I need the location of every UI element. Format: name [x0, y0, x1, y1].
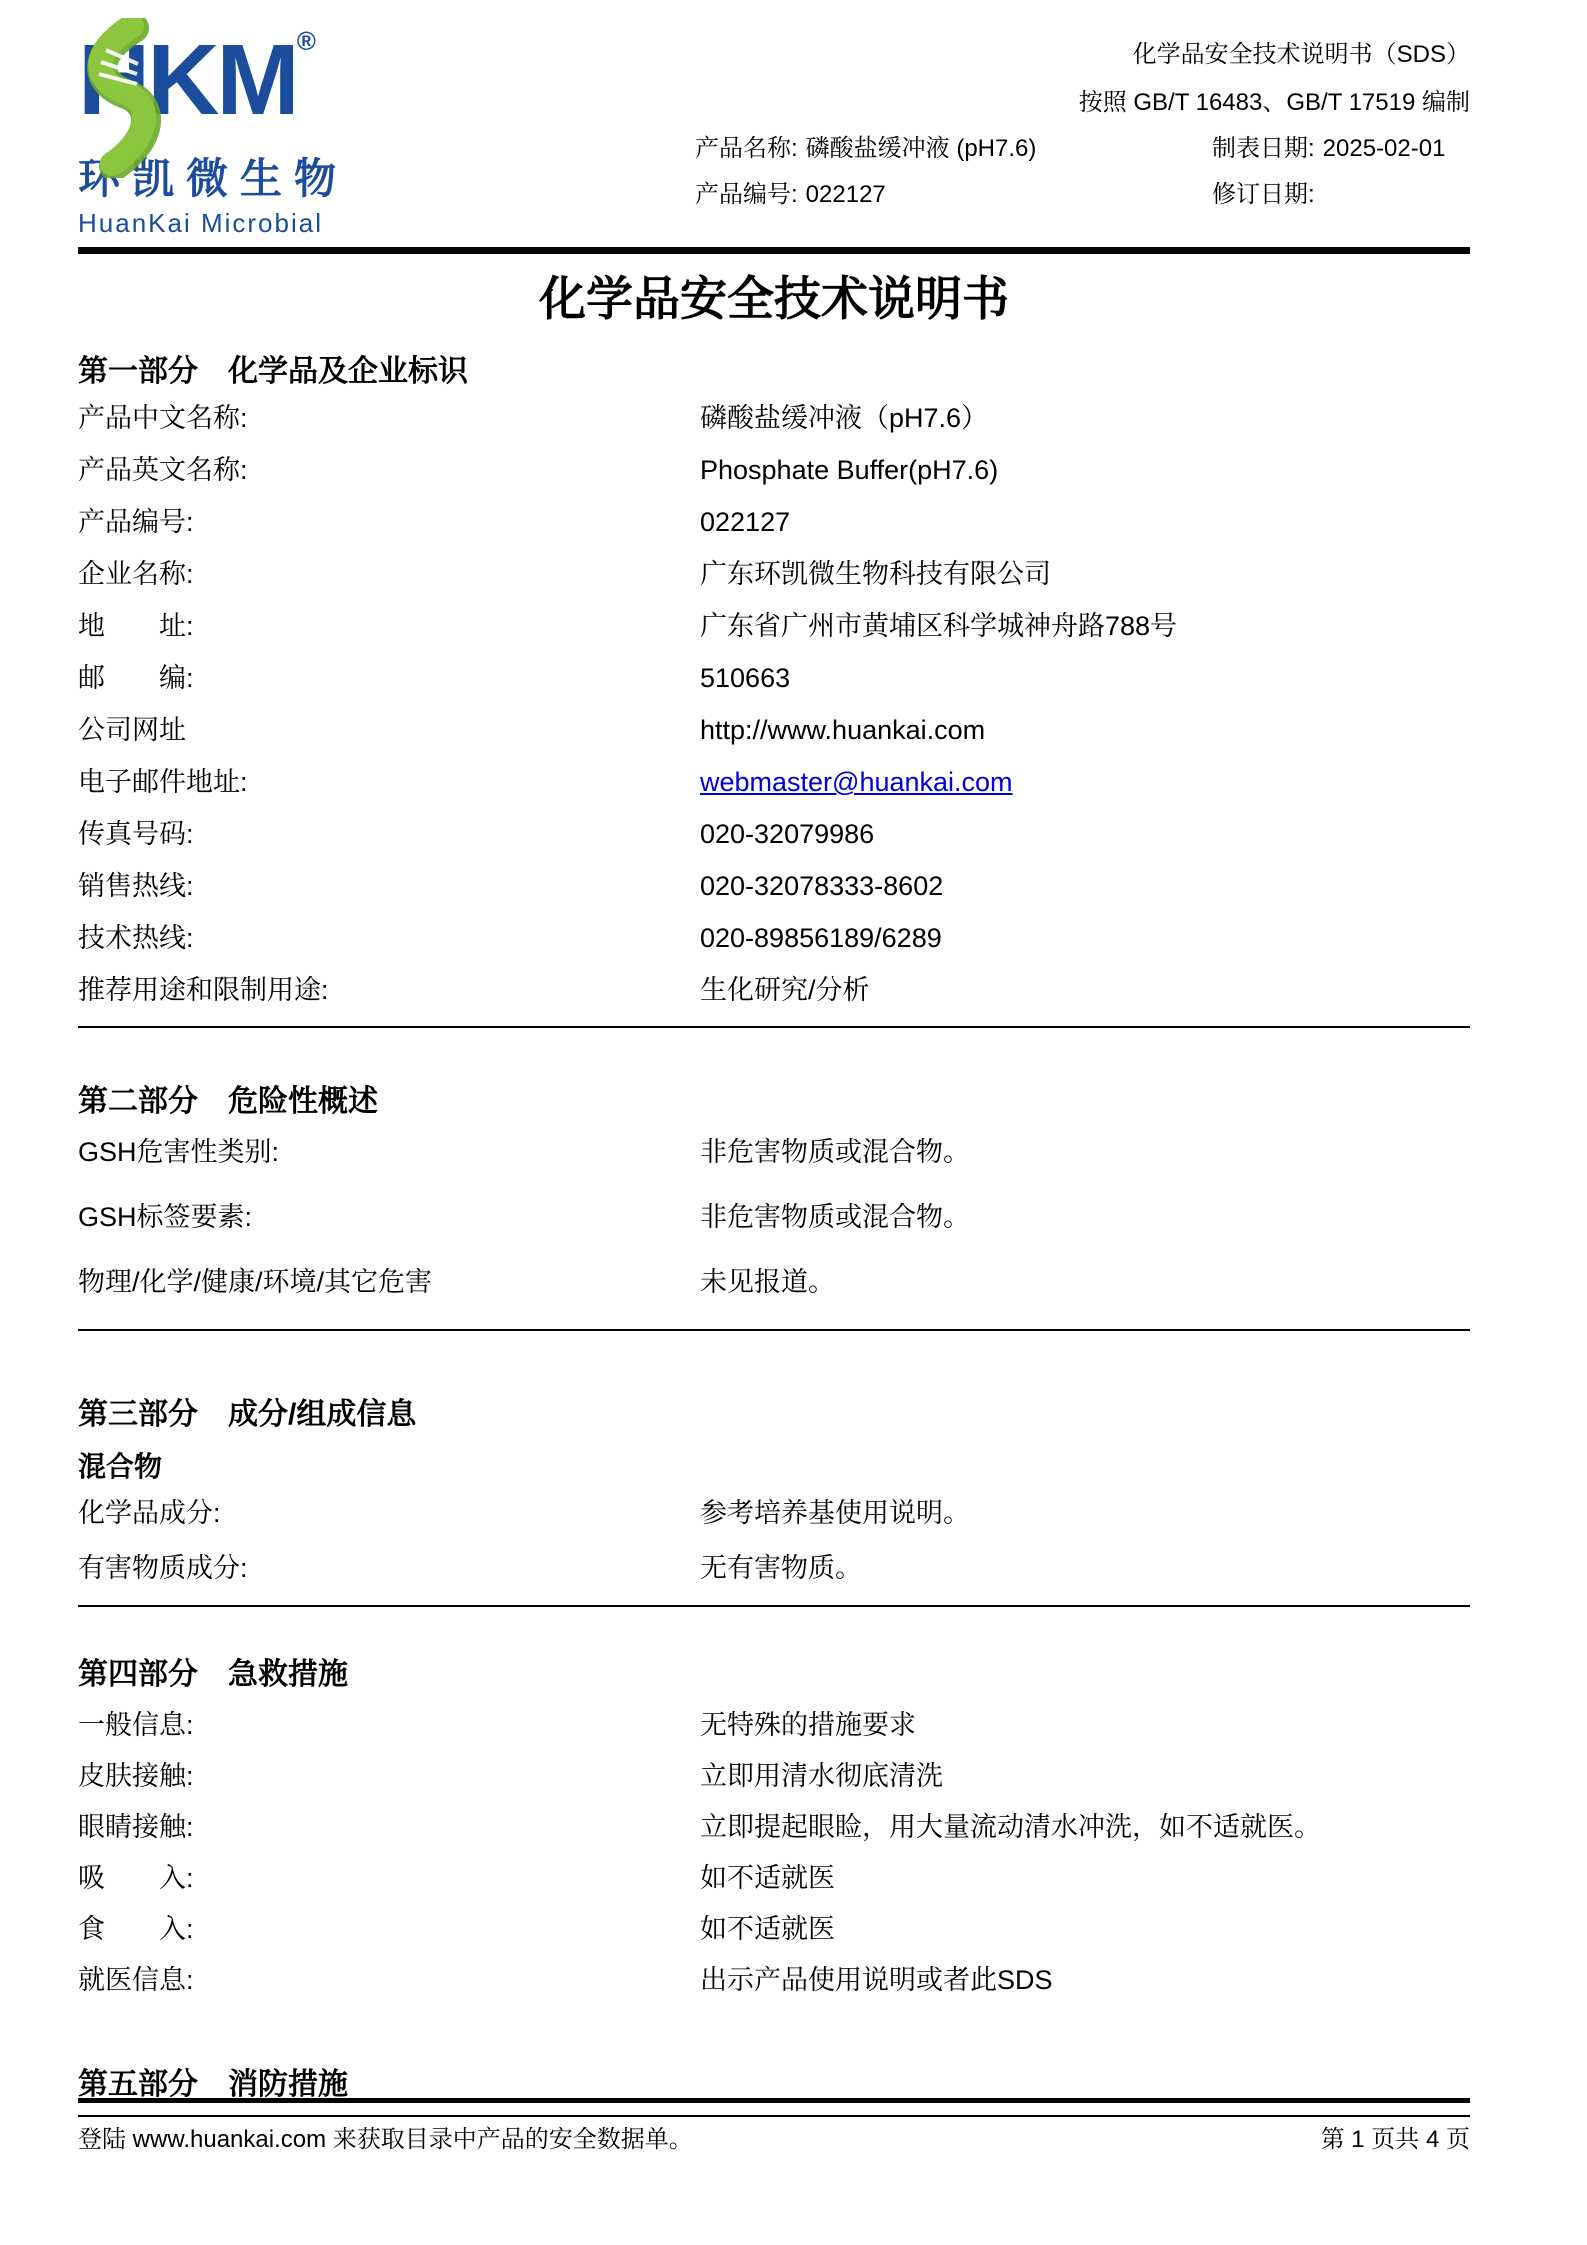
header-info-block: 化学品安全技术说明书（SDS） 按照 GB/T 16483、GB/T 17519… [695, 30, 1470, 239]
field-label: 传真号码: [78, 816, 700, 852]
field-row: 一般信息: 无特殊的措施要求 [78, 1707, 1470, 1758]
field-value: 020-89856189/6289 [700, 920, 1470, 956]
company-website-url: http://www.huankai.com [700, 712, 1470, 748]
field-row: 公司网址 http://www.huankai.com [78, 712, 1470, 764]
field-label: 就医信息: [78, 1962, 700, 1998]
field-label: 产品中文名称: [78, 400, 700, 436]
field-value: 未见报道。 [700, 1264, 1470, 1300]
footer-divider [78, 2098, 1470, 2103]
product-name-label: 产品名称: [695, 135, 798, 162]
doc-type-line: 化学品安全技术说明书（SDS） [695, 40, 1470, 70]
mixture-subheading: 混合物 [78, 1449, 1470, 1485]
field-label: 销售热线: [78, 868, 700, 904]
company-logo: HKM® 环凯微生物 HuanKai Microbial [78, 30, 408, 239]
field-value: 参考培养基使用说明。 [700, 1495, 1470, 1531]
email-link[interactable]: webmaster@huankai.com [700, 767, 1013, 797]
field-row: 就医信息: 出示产品使用说明或者此SDS [78, 1962, 1470, 2013]
field-value: 立即用清水彻底清洗 [700, 1758, 1470, 1794]
field-label: 公司网址 [78, 712, 700, 748]
field-row: 皮肤接触: 立即用清水彻底清洗 [78, 1758, 1470, 1809]
section-divider [78, 1605, 1470, 1607]
created-date-value: 2025-02-01 [1323, 135, 1446, 162]
field-row: 推荐用途和限制用途: 生化研究/分析 [78, 972, 1470, 1024]
field-row: 销售热线: 020-32078333-8602 [78, 868, 1470, 920]
field-value: 非危害物质或混合物。 [700, 1199, 1470, 1235]
field-label: 推荐用途和限制用途: [78, 972, 700, 1008]
field-value: 无有害物质。 [700, 1550, 1470, 1586]
section-1-rows: 产品中文名称: 磷酸盐缓冲液（pH7.6） 产品英文名称: Phosphate … [78, 400, 1470, 1024]
page-number: 第 1 页共 4 页 [1321, 2125, 1470, 2155]
field-row: 技术热线: 020-89856189/6289 [78, 920, 1470, 972]
created-date-label: 制表日期: [1212, 135, 1315, 162]
revised-date-cell: 修订日期: [1212, 180, 1470, 210]
product-name-value: 磷酸盐缓冲液 (pH7.6) [806, 135, 1037, 162]
section-1-heading: 第一部分 化学品及企业标识 [78, 352, 1470, 392]
field-value: 020-32079986 [700, 816, 1470, 852]
created-date-cell: 制表日期:2025-02-01 [1212, 134, 1470, 164]
section-4-rows: 一般信息: 无特殊的措施要求 皮肤接触: 立即用清水彻底清洗 眼睛接触: 立即提… [78, 1707, 1470, 2013]
header-row-product-code: 产品编号:022127 修订日期: [695, 180, 1470, 210]
field-label: 产品编号: [78, 504, 700, 540]
field-value: 立即提起眼睑，用大量流动清水冲洗，如不适就医。 [700, 1809, 1470, 1845]
field-value: 广东环凯微生物科技有限公司 [700, 556, 1470, 592]
field-value: 无特殊的措施要求 [700, 1707, 1470, 1743]
field-row: GSH危害性类别: 非危害物质或混合物。 [78, 1134, 1470, 1199]
field-label: 眼睛接触: [78, 1809, 700, 1845]
field-value: 022127 [700, 504, 1470, 540]
revised-date-label: 修订日期: [1212, 181, 1315, 208]
field-row: 化学品成分: 参考培养基使用说明。 [78, 1495, 1470, 1550]
field-label: 有害物质成分: [78, 1550, 700, 1586]
field-row: 吸 入: 如不适就医 [78, 1860, 1470, 1911]
field-value: 生化研究/分析 [700, 972, 1470, 1008]
section-2-heading: 第二部分 危险性概述 [78, 1082, 1470, 1122]
sds-document-page: HKM® 环凯微生物 HuanKai Microbial 化学品安全技术说明书（… [0, 0, 1587, 2245]
field-row: 邮 编: 510663 [78, 660, 1470, 712]
section-3-rows: 化学品成分: 参考培养基使用说明。 有害物质成分: 无有害物质。 [78, 1495, 1470, 1605]
section-divider [78, 1026, 1470, 1028]
field-value: 磷酸盐缓冲液（pH7.6） [700, 400, 1470, 436]
field-value: 510663 [700, 660, 1470, 696]
field-value: Phosphate Buffer(pH7.6) [700, 452, 1470, 488]
page-title: 化学品安全技术说明书 [78, 270, 1470, 328]
field-label: 化学品成分: [78, 1495, 700, 1531]
field-row: 物理/化学/健康/环境/其它危害 未见报道。 [78, 1264, 1470, 1329]
product-code-value: 022127 [806, 181, 886, 208]
section-3-heading: 第三部分 成分/组成信息 [78, 1395, 1470, 1435]
section-4-heading: 第四部分 急救措施 [78, 1655, 1470, 1695]
logo-english-name: HuanKai Microbial [78, 208, 408, 239]
field-label: 吸 入: [78, 1860, 700, 1896]
product-code-cell: 产品编号:022127 [695, 180, 886, 210]
document-header: HKM® 环凯微生物 HuanKai Microbial 化学品安全技术说明书（… [78, 0, 1470, 239]
field-label: 企业名称: [78, 556, 700, 592]
field-row: 产品英文名称: Phosphate Buffer(pH7.6) [78, 452, 1470, 504]
field-label: 食 入: [78, 1911, 700, 1947]
section-2-rows: GSH危害性类别: 非危害物质或混合物。 GSH标签要素: 非危害物质或混合物。… [78, 1134, 1470, 1329]
field-label: 一般信息: [78, 1707, 700, 1743]
registered-trademark-icon: ® [297, 26, 316, 56]
field-row: 有害物质成分: 无有害物质。 [78, 1550, 1470, 1605]
field-row: 传真号码: 020-32079986 [78, 816, 1470, 868]
field-label: 电子邮件地址: [78, 764, 700, 800]
field-label: 产品英文名称: [78, 452, 700, 488]
field-value: 如不适就医 [700, 1860, 1470, 1896]
product-name-cell: 产品名称:磷酸盐缓冲液 (pH7.6) [695, 134, 1036, 164]
field-label: 技术热线: [78, 920, 700, 956]
product-code-label: 产品编号: [695, 181, 798, 208]
field-label: GSH标签要素: [78, 1199, 700, 1235]
field-row: 食 入: 如不适就医 [78, 1911, 1470, 1962]
field-value: 020-32078333-8602 [700, 868, 1470, 904]
field-row: 电子邮件地址: webmaster@huankai.com [78, 764, 1470, 816]
field-row: 地 址: 广东省广州市黄埔区科学城神舟路788号 [78, 608, 1470, 660]
field-value: 非危害物质或混合物。 [700, 1134, 1470, 1170]
logo-mark: HKM® [78, 30, 408, 138]
field-row: 企业名称: 广东环凯微生物科技有限公司 [78, 556, 1470, 608]
header-row-product-name: 产品名称:磷酸盐缓冲液 (pH7.6) 制表日期:2025-02-01 [695, 134, 1470, 164]
field-label: 地 址: [78, 608, 700, 644]
field-value: 出示产品使用说明或者此SDS [700, 1962, 1470, 1998]
field-value: 如不适就医 [700, 1911, 1470, 1947]
field-row: 眼睛接触: 立即提起眼睑，用大量流动清水冲洗，如不适就医。 [78, 1809, 1470, 1860]
field-row: GSH标签要素: 非危害物质或混合物。 [78, 1199, 1470, 1264]
field-label: 邮 编: [78, 660, 700, 696]
field-label: GSH危害性类别: [78, 1134, 700, 1170]
field-label: 物理/化学/健康/环境/其它危害 [78, 1264, 700, 1300]
header-divider [78, 247, 1470, 254]
field-label: 皮肤接触: [78, 1758, 700, 1794]
page-footer: 登陆 www.huankai.com 来获取目录中产品的安全数据单。 第 1 页… [78, 2098, 1470, 2155]
standard-line: 按照 GB/T 16483、GB/T 17519 编制 [695, 88, 1470, 118]
field-row: 产品编号: 022127 [78, 504, 1470, 556]
dna-leaf-icon [72, 18, 192, 178]
section-divider [78, 1329, 1470, 1331]
footer-note: 登陆 www.huankai.com 来获取目录中产品的安全数据单。 [78, 2125, 693, 2155]
field-value: 广东省广州市黄埔区科学城神舟路788号 [700, 608, 1470, 644]
field-row: 产品中文名称: 磷酸盐缓冲液（pH7.6） [78, 400, 1470, 452]
